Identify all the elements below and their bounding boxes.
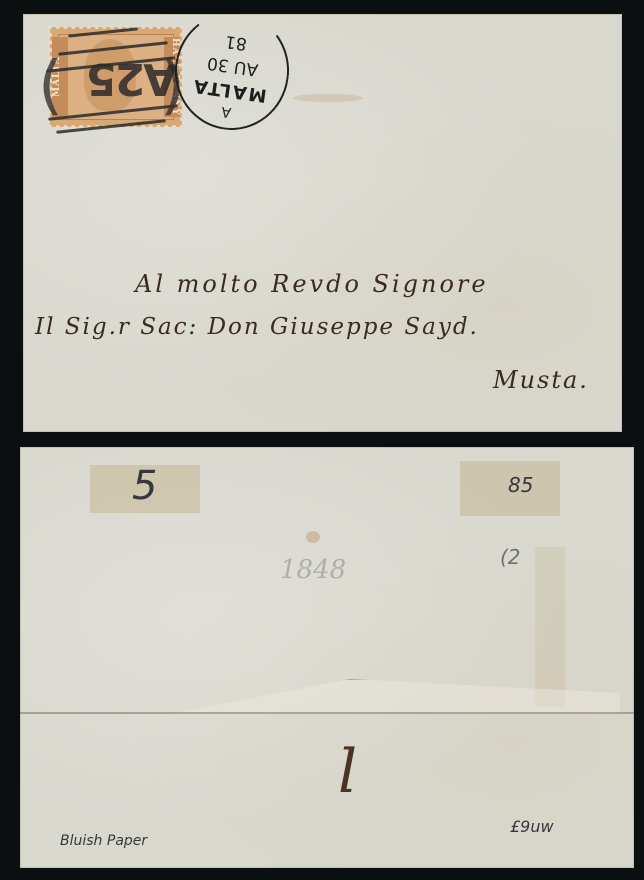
pencil-note-top-right: 85 [508, 473, 533, 497]
faint-date-note: 1848 [280, 555, 346, 585]
ink-manuscript-mark: l [338, 737, 357, 807]
malta-postmark: A MALTA AU 30 81 [167, 5, 296, 138]
toning-stain [535, 547, 565, 707]
pencil-note-paper: Bluish Paper [60, 833, 147, 849]
foxing-stain [293, 94, 363, 102]
pencil-note-top-left: 5 [132, 463, 157, 509]
address-line-3: Musta. [493, 366, 589, 394]
pencil-note-right: (2 [500, 545, 521, 569]
stamp-malta-halfpenny: MALTA HALF PENNY ( ) A25 [50, 27, 182, 127]
address-line-2: Il Sig.r Sac: Don Giuseppe Sayd. [35, 314, 479, 340]
cancel-bar [56, 119, 166, 133]
numeral-cancel: A25 [88, 53, 177, 104]
cover-back: 5 85 (2 1848 l Bluish Paper £9uw [20, 447, 634, 868]
address-line-1: Al molto Revdo Signore [135, 270, 489, 298]
pencil-note-code: £9uw [510, 817, 554, 836]
fold-line [20, 712, 634, 714]
cancel-oval-left: ( [38, 49, 63, 123]
foxing-spot [306, 531, 320, 543]
cover-front: MALTA HALF PENNY ( ) A25 A MALTA AU 30 8… [23, 14, 622, 432]
